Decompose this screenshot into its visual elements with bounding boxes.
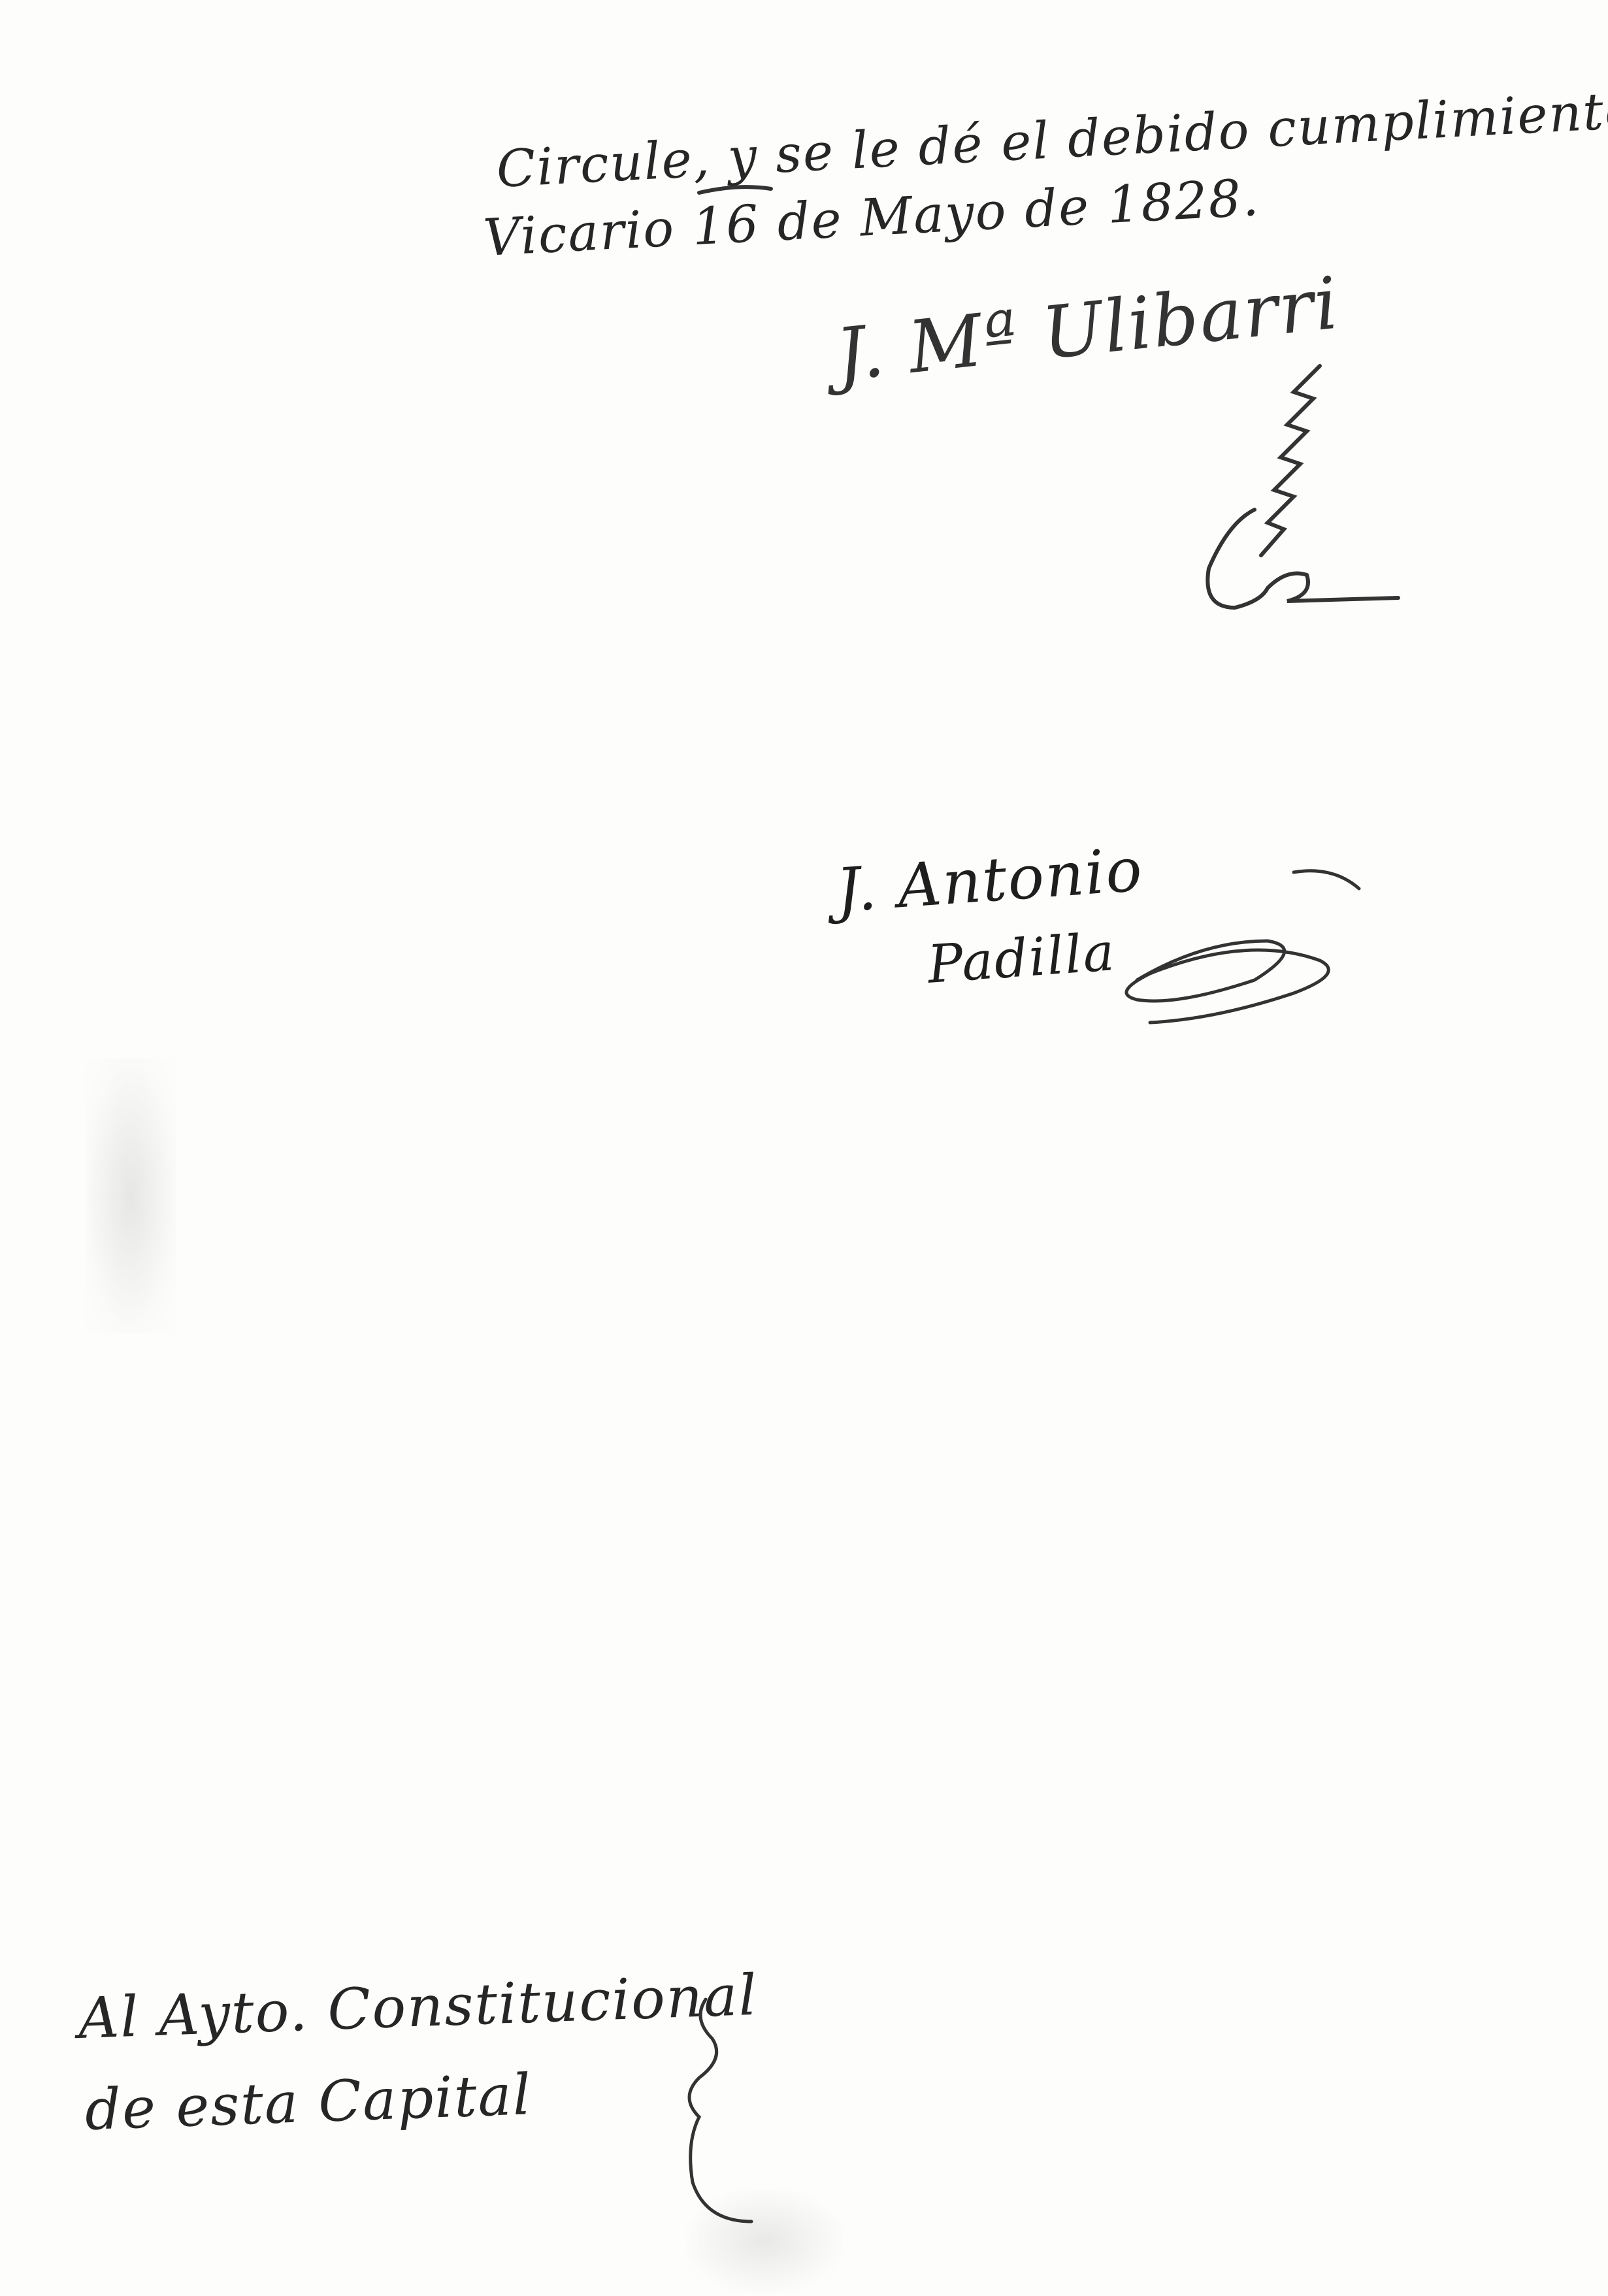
address-line-2: de esta Capital (84, 2062, 533, 2143)
scan-smudge-bottom (686, 2189, 843, 2293)
handwriting-flourishes (0, 0, 1608, 2296)
scan-smudge (85, 1058, 176, 1333)
signature-padilla-first: J. Antonio (834, 834, 1145, 926)
rubric-padilla (1126, 871, 1359, 1023)
address-brace (689, 1999, 751, 2222)
document-page: Circule, y se le dé el debido cumplimien… (0, 0, 1608, 2296)
rubric-ulibarri (1207, 366, 1398, 608)
signature-ulibarri: J. Mª Ulibarri (832, 261, 1343, 397)
signature-padilla-last: Padilla (926, 921, 1117, 995)
address-line-1: Al Ayto. Constitucional (77, 1963, 759, 2052)
